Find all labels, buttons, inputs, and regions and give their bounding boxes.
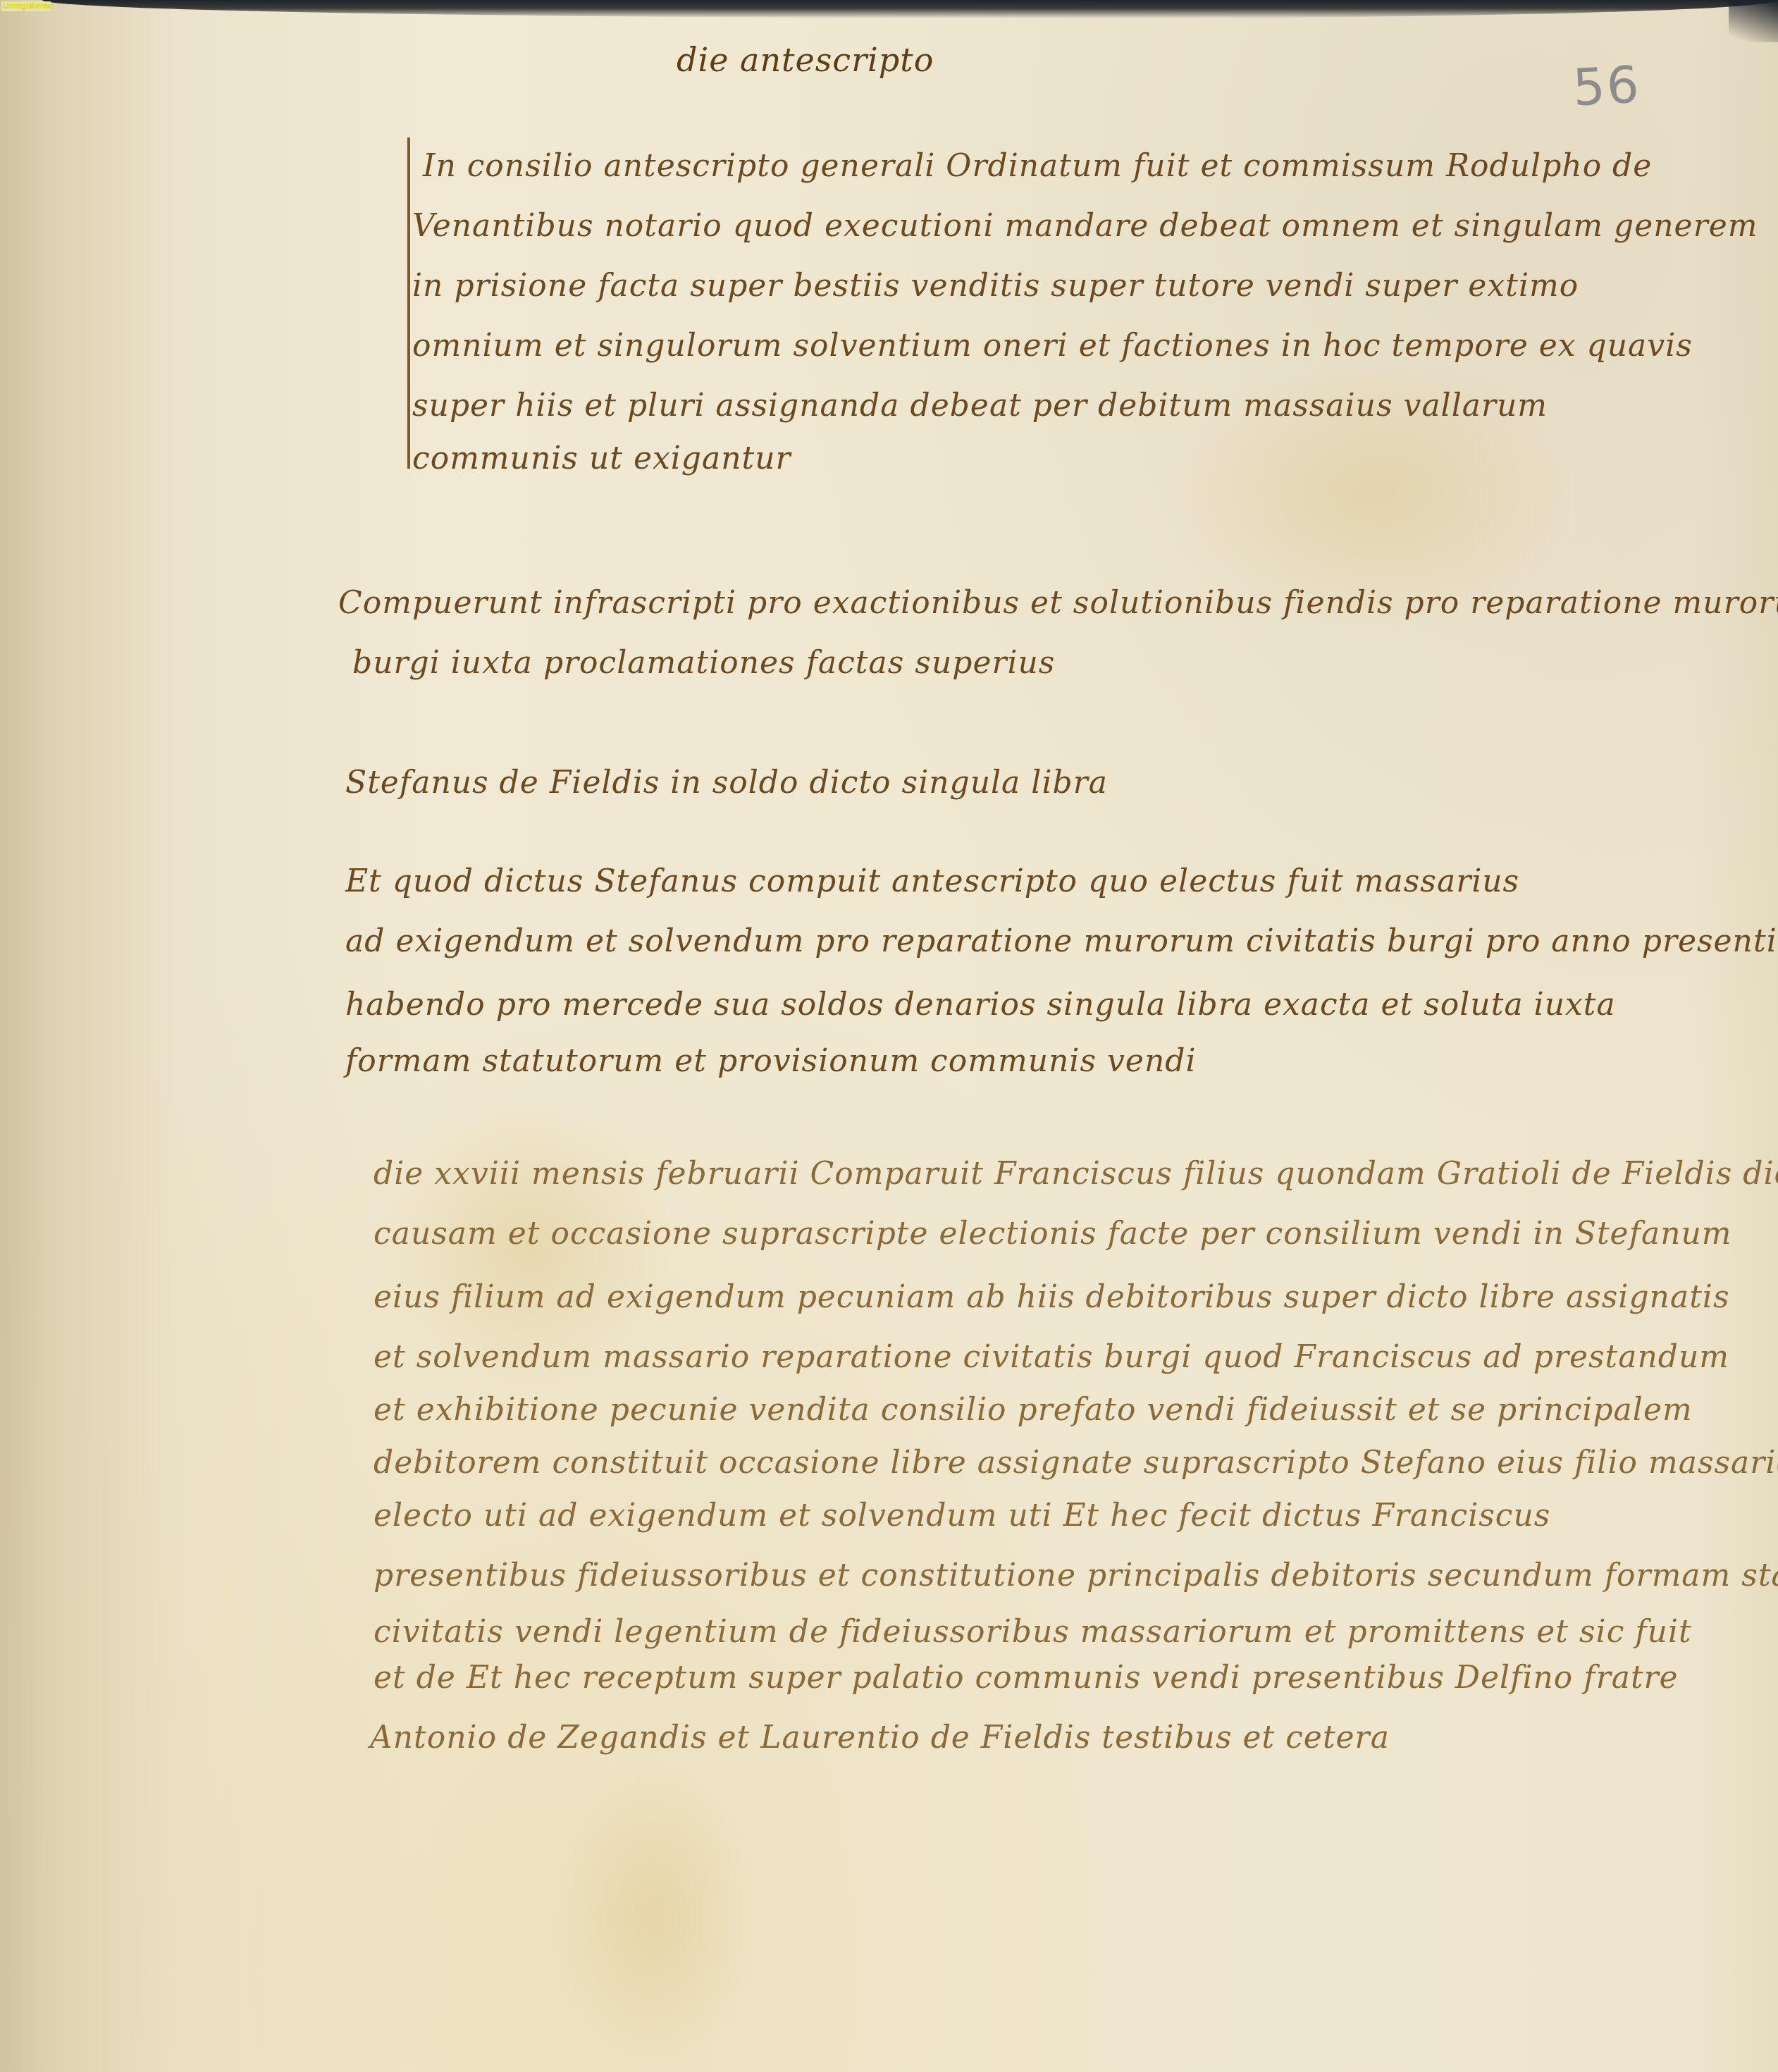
entry-heading: die antescripto — [677, 41, 934, 79]
manuscript-line: Et quod dictus Stefanus compuit antescri… — [345, 863, 1519, 899]
manuscript-line: debitorem constituit occasione libre ass… — [373, 1445, 1778, 1481]
manuscript-line: communis ut exigantur — [412, 440, 791, 476]
manuscript-line: in prisione facta super bestiis venditis… — [412, 268, 1579, 304]
manuscript-line: et solvendum massario reparatione civita… — [373, 1339, 1729, 1375]
paper-stain — [550, 1762, 761, 2072]
manuscript-line: In consilio antescripto generali Ordinat… — [423, 148, 1652, 184]
manuscript-line: et de Et hec receptum super palatio comm… — [373, 1660, 1679, 1696]
manuscript-line: die xxviii mensis februarii Comparuit Fr… — [373, 1156, 1778, 1192]
manuscript-line: super hiis et pluri assignanda debeat pe… — [412, 388, 1548, 424]
manuscript-line: Compuerunt infrascripti pro exactionibus… — [338, 585, 1778, 621]
manuscript-line: Stefanus de Fieldis in soldo dicto singu… — [345, 765, 1108, 801]
manuscript-line: omnium et singulorum solventium oneri et… — [412, 328, 1693, 364]
manuscript-line: electo uti ad exigendum et solvendum uti… — [373, 1498, 1550, 1534]
manuscript-line: habendo pro mercede sua soldos denarios … — [345, 987, 1616, 1023]
manuscript-line: presentibus fideiussoribus et constituti… — [373, 1558, 1778, 1593]
manuscript-page — [0, 0, 1778, 2072]
manuscript-line: et exhibitione pecunie vendita consilio … — [373, 1392, 1693, 1428]
manuscript-line: civitatis vendi legentium de fideiussori… — [373, 1614, 1692, 1650]
manuscript-line: eius filium ad exigendum pecuniam ab hii… — [373, 1279, 1729, 1315]
manuscript-line: burgi iuxta proclamationes factas superi… — [352, 645, 1055, 681]
manuscript-line: Antonio de Zegandis et Laurentio de Fiel… — [370, 1720, 1390, 1756]
manuscript-line: formam statutorum et provisionum communi… — [345, 1043, 1196, 1079]
margin-bracket — [407, 137, 410, 469]
page-corner-shadow — [1729, 0, 1778, 42]
folio-number: 56 — [1572, 55, 1642, 118]
manuscript-line: causam et occasione suprascripte electio… — [373, 1216, 1732, 1252]
manuscript-line: Venantibus notario quod executioni manda… — [412, 208, 1758, 244]
manuscript-line: ad exigendum et solvendum pro reparation… — [345, 923, 1777, 959]
unregistered-watermark: Unregistered — [1, 1, 51, 11]
